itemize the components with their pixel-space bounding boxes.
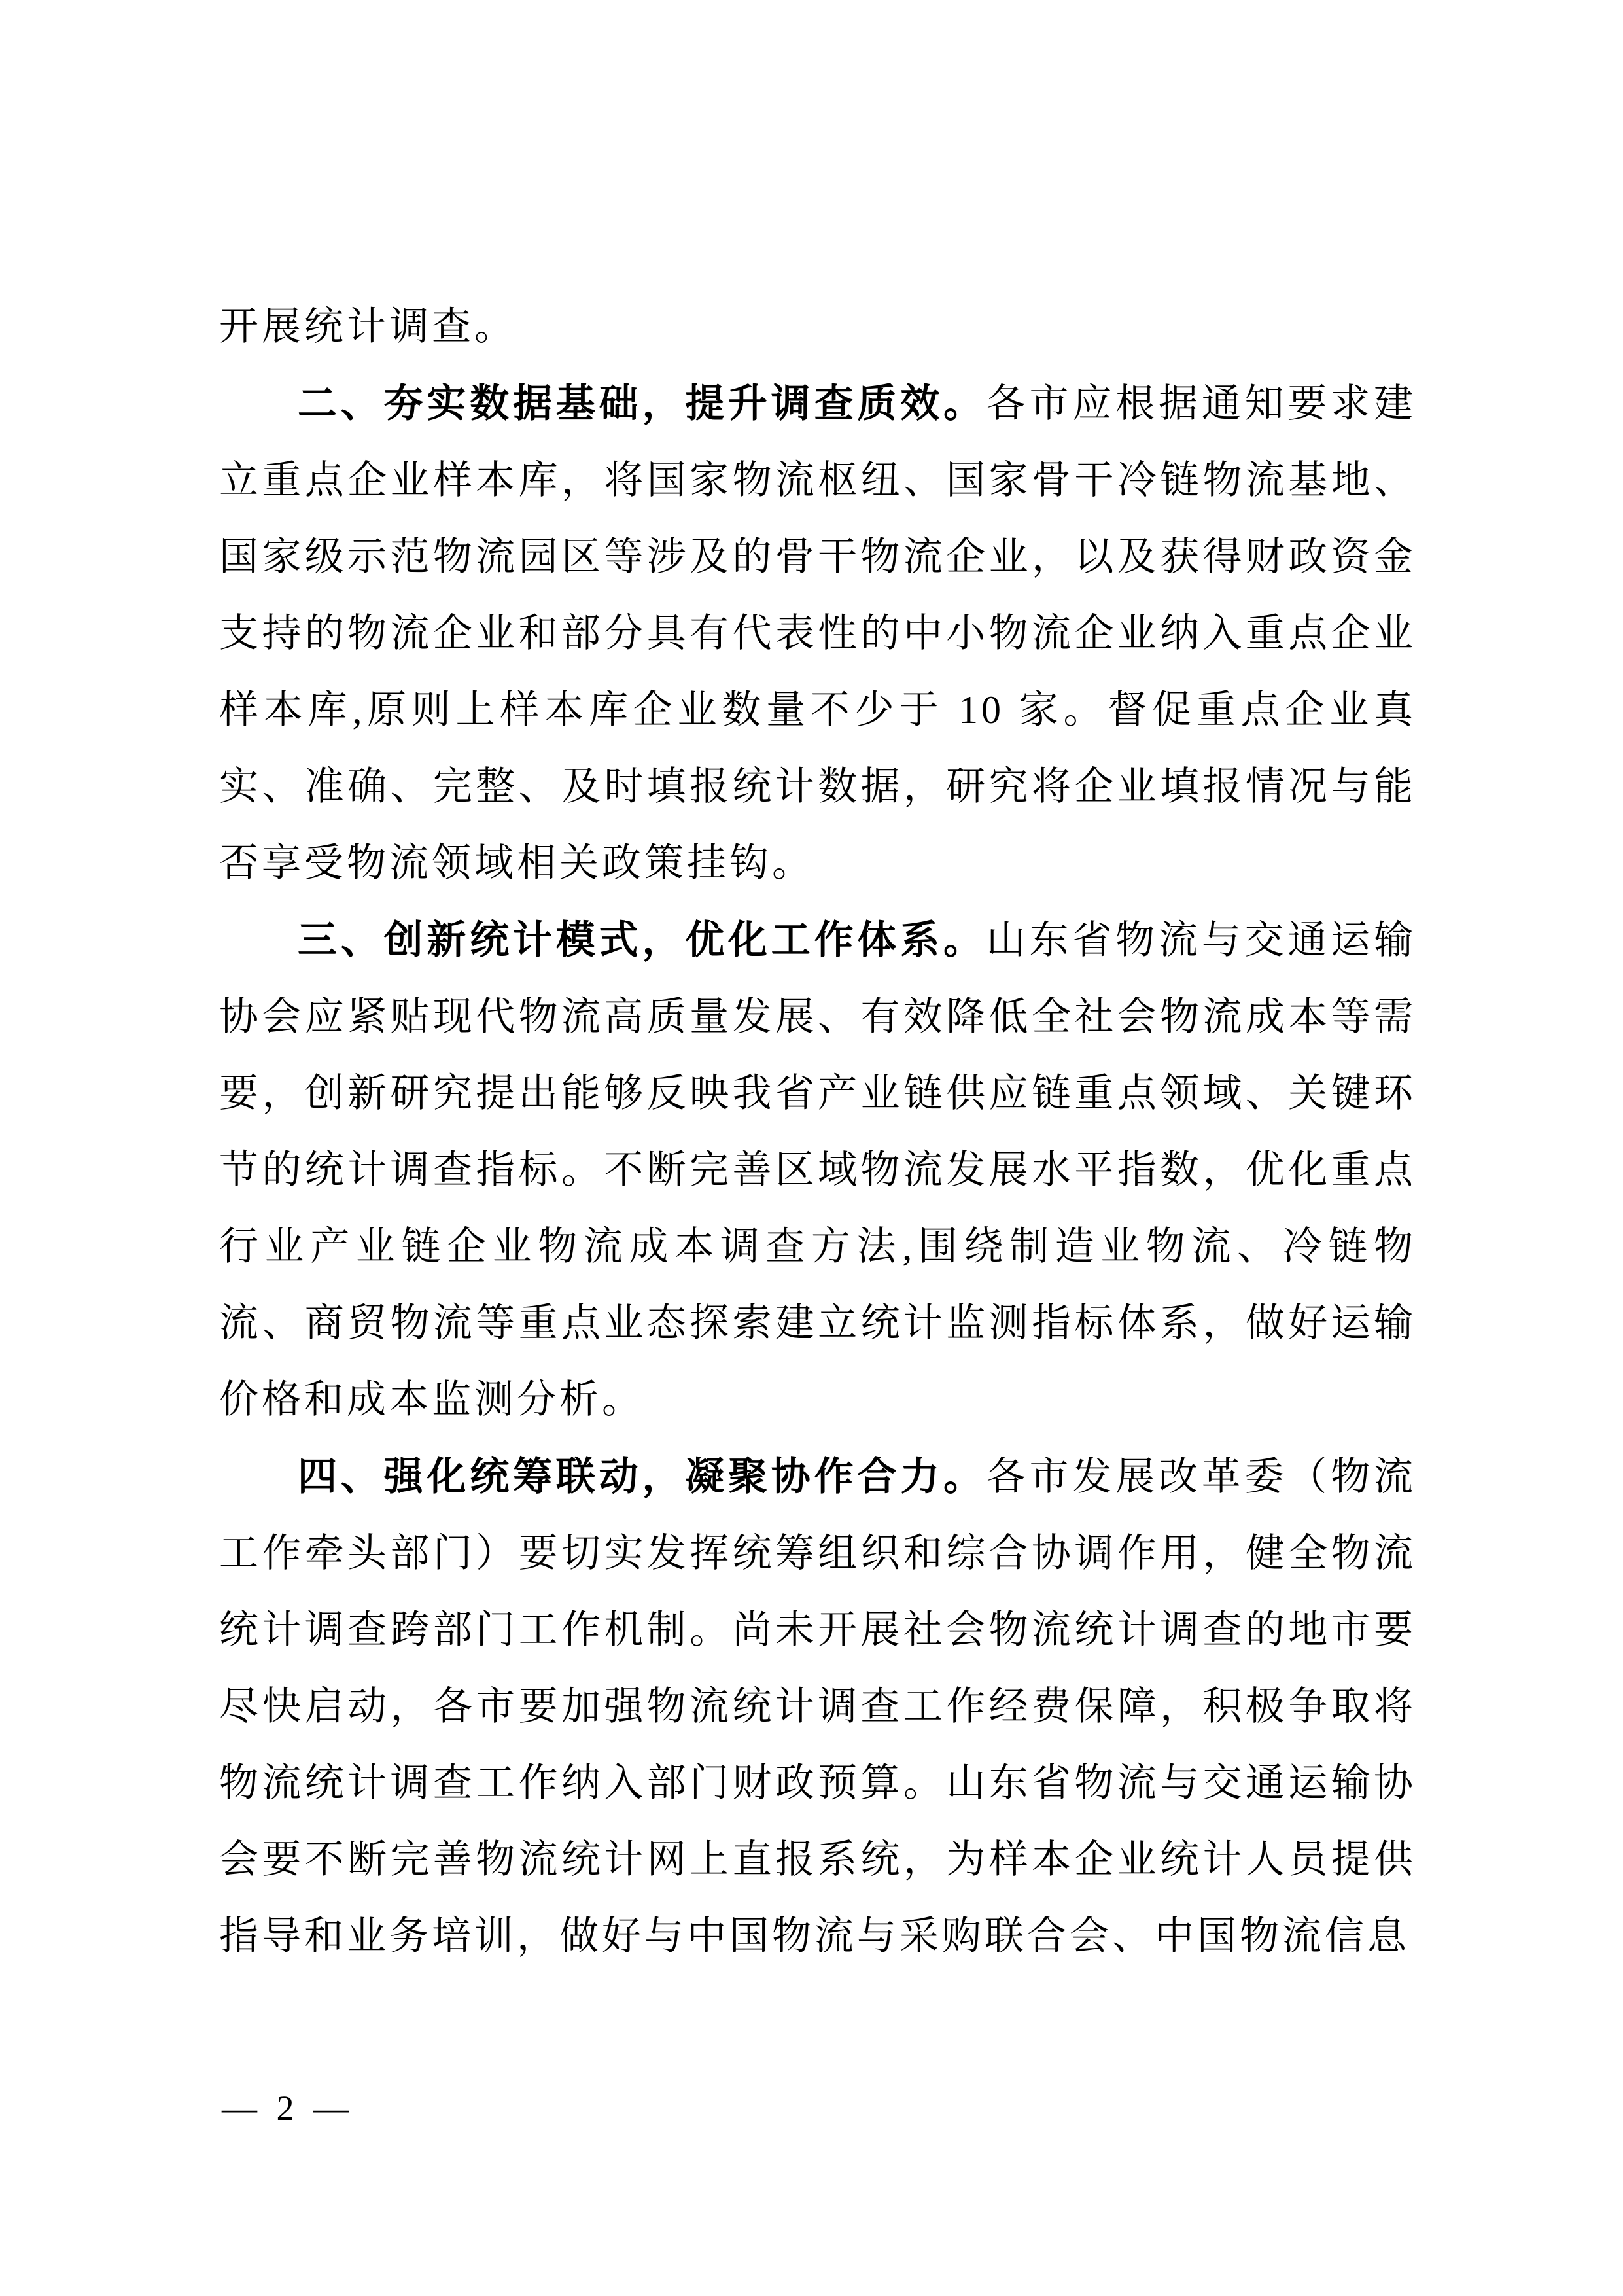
paragraph-continuation: 开展统计调查。 — [219, 289, 1416, 365]
section-2-heading: 二、夯实数据基础，提升调查质效。 — [298, 381, 986, 425]
document-body: 开展统计调查。 二、夯实数据基础，提升调查质效。各市应根据通知要求建立重点企业样… — [219, 289, 1416, 1975]
paragraph-text: 各市应根据通知要求建立重点企业样本库，将国家物流枢纽、国家骨干冷链物流基地、国家… — [219, 382, 1416, 885]
paragraph-section-4: 四、强化统筹联动，凝聚协作合力。各市发展改革委（物流工作牵头部门）要切实发挥统筹… — [219, 1438, 1416, 1975]
paragraph-section-3: 三、创新统计模式，优化工作体系。山东省物流与交通运输协会应紧贴现代物流高质量发展… — [219, 902, 1416, 1438]
paragraph-text: 各市发展改革委（物流工作牵头部门）要切实发挥统筹组织和综合协调作用，健全物流统计… — [219, 1455, 1416, 1958]
paragraph-text: 山东省物流与交通运输协会应紧贴现代物流高质量发展、有效降低全社会物流成本等需要，… — [219, 919, 1416, 1421]
paragraph-text: 开展统计调查。 — [219, 305, 517, 348]
section-4-heading: 四、强化统筹联动，凝聚协作合力。 — [298, 1455, 986, 1498]
document-page: 开展统计调查。 二、夯实数据基础，提升调查质效。各市应根据通知要求建立重点企业样… — [0, 0, 1623, 2296]
section-3-heading: 三、创新统计模式，优化工作体系。 — [298, 918, 986, 962]
page-number: — 2 — — [222, 2089, 354, 2128]
page-number-label: — 2 — — [222, 2089, 354, 2128]
paragraph-section-2: 二、夯实数据基础，提升调查质效。各市应根据通知要求建立重点企业样本库，将国家物流… — [219, 365, 1416, 902]
